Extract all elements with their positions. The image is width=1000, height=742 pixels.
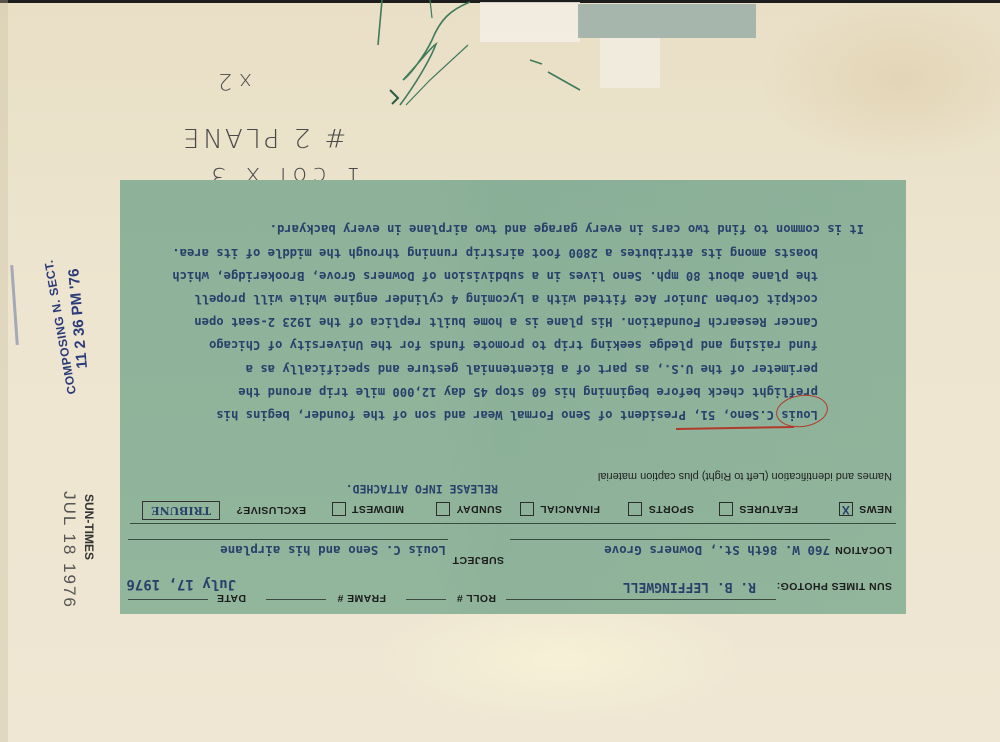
names-row: Names and identification (Left to Right)…	[120, 466, 906, 486]
category-features[interactable]: FEATURES	[719, 502, 798, 516]
left-edge-shade	[0, 0, 8, 742]
category-midwest[interactable]: MIDWEST	[332, 502, 404, 516]
exclusive-tribune-stamp: TRIBUNE	[142, 501, 220, 520]
caption-line: It is common to find two cars in every g…	[144, 217, 864, 240]
photographer-name: R. B. LEFFINGWELL	[623, 579, 756, 594]
roll-label: ROLL #	[456, 592, 496, 604]
subject-label: SUBJECT	[452, 554, 504, 566]
date-label: DATE	[217, 592, 246, 604]
midwest-checkbox[interactable]	[332, 502, 346, 516]
subject-underline	[128, 539, 448, 540]
caption-line: boasts among its attributes a 2800 foot …	[144, 240, 864, 263]
location-value: 760 W. 86th St., Downers Grove	[604, 543, 830, 558]
handwriting-plane-number: # 2 PLANE	[180, 122, 346, 152]
caption-line: fund raising and pledge seeking trip to …	[144, 333, 864, 356]
category-financial[interactable]: FINANCIAL	[520, 502, 600, 516]
location-label: LOCATION	[835, 544, 892, 556]
caption-line: cockpit Corben Junior Ace fitted with a …	[144, 287, 864, 310]
location-underline	[510, 539, 830, 540]
caption-line: Louis C.Seno, 51, President of Seno Form…	[144, 403, 864, 426]
check-x-icon: X	[842, 503, 850, 517]
names-label: Names and identification (Left to Right)…	[598, 470, 892, 482]
caption-line: perimeter of the U.S., as part of a Bice…	[144, 356, 864, 379]
sunday-checkbox[interactable]	[436, 502, 450, 516]
category-sunday[interactable]: SUNDAY	[436, 502, 502, 516]
photog-underline	[506, 599, 776, 600]
news-checkbox[interactable]: X	[839, 502, 853, 516]
subject-value: Louis C. Seno and his airplane	[220, 543, 446, 558]
caption-line: the plane about 80 mph. Seno lives in a …	[144, 264, 864, 287]
financial-checkbox[interactable]	[520, 502, 534, 516]
caption-line: Cancer Research Foundation. His plane is…	[144, 310, 864, 333]
card-header-row: SUN TIMES PHOTOG: R. B. LEFFINGWELL ROLL…	[120, 574, 906, 598]
photog-label: SUN TIMES PHOTOG:	[776, 580, 892, 592]
green-pen-marks-icon	[370, 0, 610, 120]
release-note: RELEASE INFO ATTACHED.	[346, 482, 498, 496]
caption-card: SUN TIMES PHOTOG: R. B. LEFFINGWELL ROLL…	[120, 180, 906, 614]
frame-underline	[266, 599, 326, 600]
roll-underline	[406, 599, 446, 600]
caption-line: preflight check before beginning his 60 …	[144, 380, 864, 403]
date-underline	[128, 599, 208, 600]
sports-checkbox[interactable]	[628, 502, 642, 516]
category-divider	[130, 523, 896, 524]
handwriting-size-note: x 2	[218, 68, 252, 93]
received-paper-stamp: SUN-TIMES	[82, 494, 96, 560]
red-pencil-line	[676, 426, 794, 430]
frame-label: FRAME #	[337, 592, 386, 604]
category-row: NEWS X FEATURES SPORTS FINANCIAL SUNDAY …	[120, 496, 906, 516]
features-checkbox[interactable]	[719, 502, 733, 516]
category-news[interactable]: NEWS X	[839, 502, 892, 516]
exclusive-label: EXCLUSIVE?	[236, 504, 306, 516]
category-sports[interactable]: SPORTS	[628, 502, 694, 516]
location-subject-row: LOCATION 760 W. 86th St., Downers Grove …	[120, 538, 906, 562]
caption-body: Louis C.Seno, 51, President of Seno Form…	[144, 217, 864, 426]
date-value: July 17, 1976	[126, 576, 236, 592]
received-date-stamp: JUL 18 1976	[59, 491, 79, 609]
